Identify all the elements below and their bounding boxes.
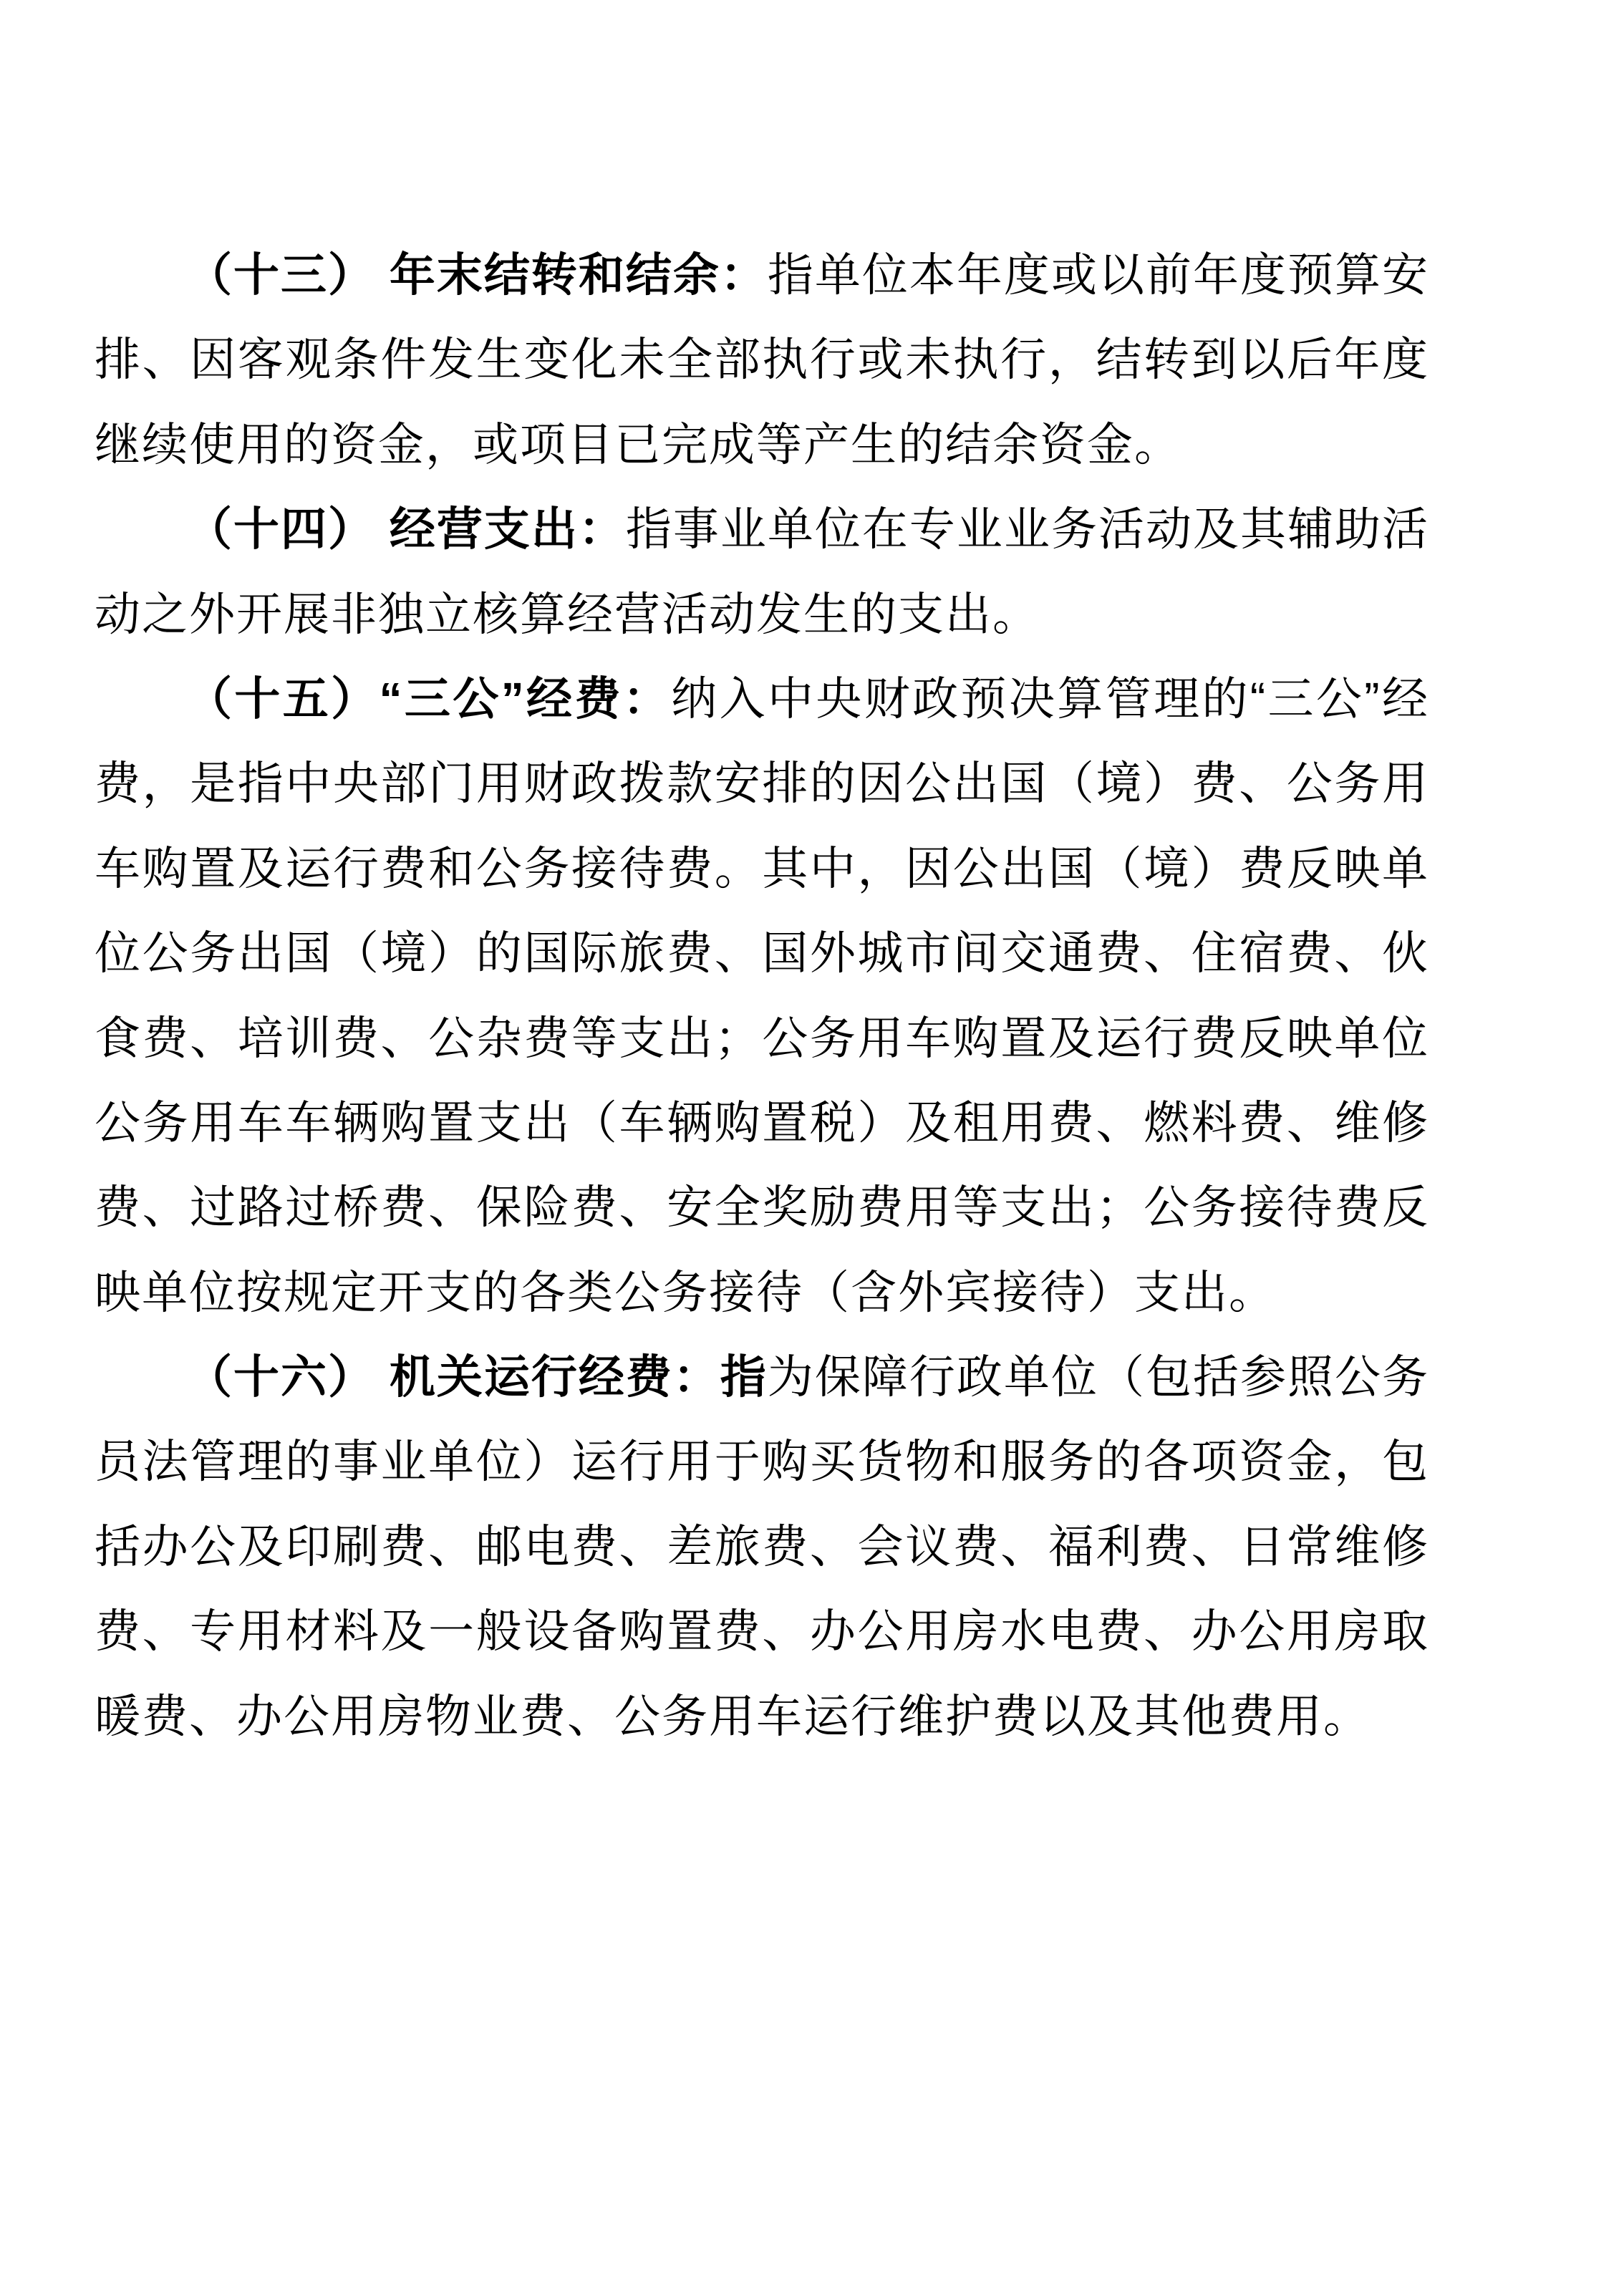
document-page: （十三） 年末结转和结余：指单位本年度或以前年度预算安排、因客观条件发生变化未全… <box>0 0 1624 2290</box>
paragraph-item-13: （十三） 年末结转和结余：指单位本年度或以前年度预算安排、因客观条件发生变化未全… <box>95 233 1429 487</box>
paragraph-16-body: 为保障行政单位（包括参照公务员法管理的事业单位）运行用于购买货物和服务的各项资金… <box>95 1351 1429 1742</box>
paragraph-15-body: 纳入中央财政预决算管理的“三公”经费，是指中央部门用财政拨款安排的因公出国（境）… <box>95 673 1429 1318</box>
paragraph-item-15: （十五）“三公”经费：纳入中央财政预决算管理的“三公”经费，是指中央部门用财政拨… <box>95 657 1429 1335</box>
paragraph-14-heading: （十四） 经营支出： <box>186 503 626 555</box>
paragraph-13-heading: （十三） 年末结转和结余： <box>186 249 768 301</box>
document-body: （十三） 年末结转和结余：指单位本年度或以前年度预算安排、因客观条件发生变化未全… <box>95 233 1429 1759</box>
paragraph-item-14: （十四） 经营支出：指事业单位在专业业务活动及其辅助活动之外开展非独立核算经营活… <box>95 487 1429 657</box>
paragraph-item-16: （十六） 机关运行经费：指为保障行政单位（包括参照公务员法管理的事业单位）运行用… <box>95 1335 1429 1759</box>
paragraph-15-heading: （十五）“三公”经费： <box>186 673 671 725</box>
paragraph-16-heading: （十六） 机关运行经费：指 <box>186 1351 768 1403</box>
